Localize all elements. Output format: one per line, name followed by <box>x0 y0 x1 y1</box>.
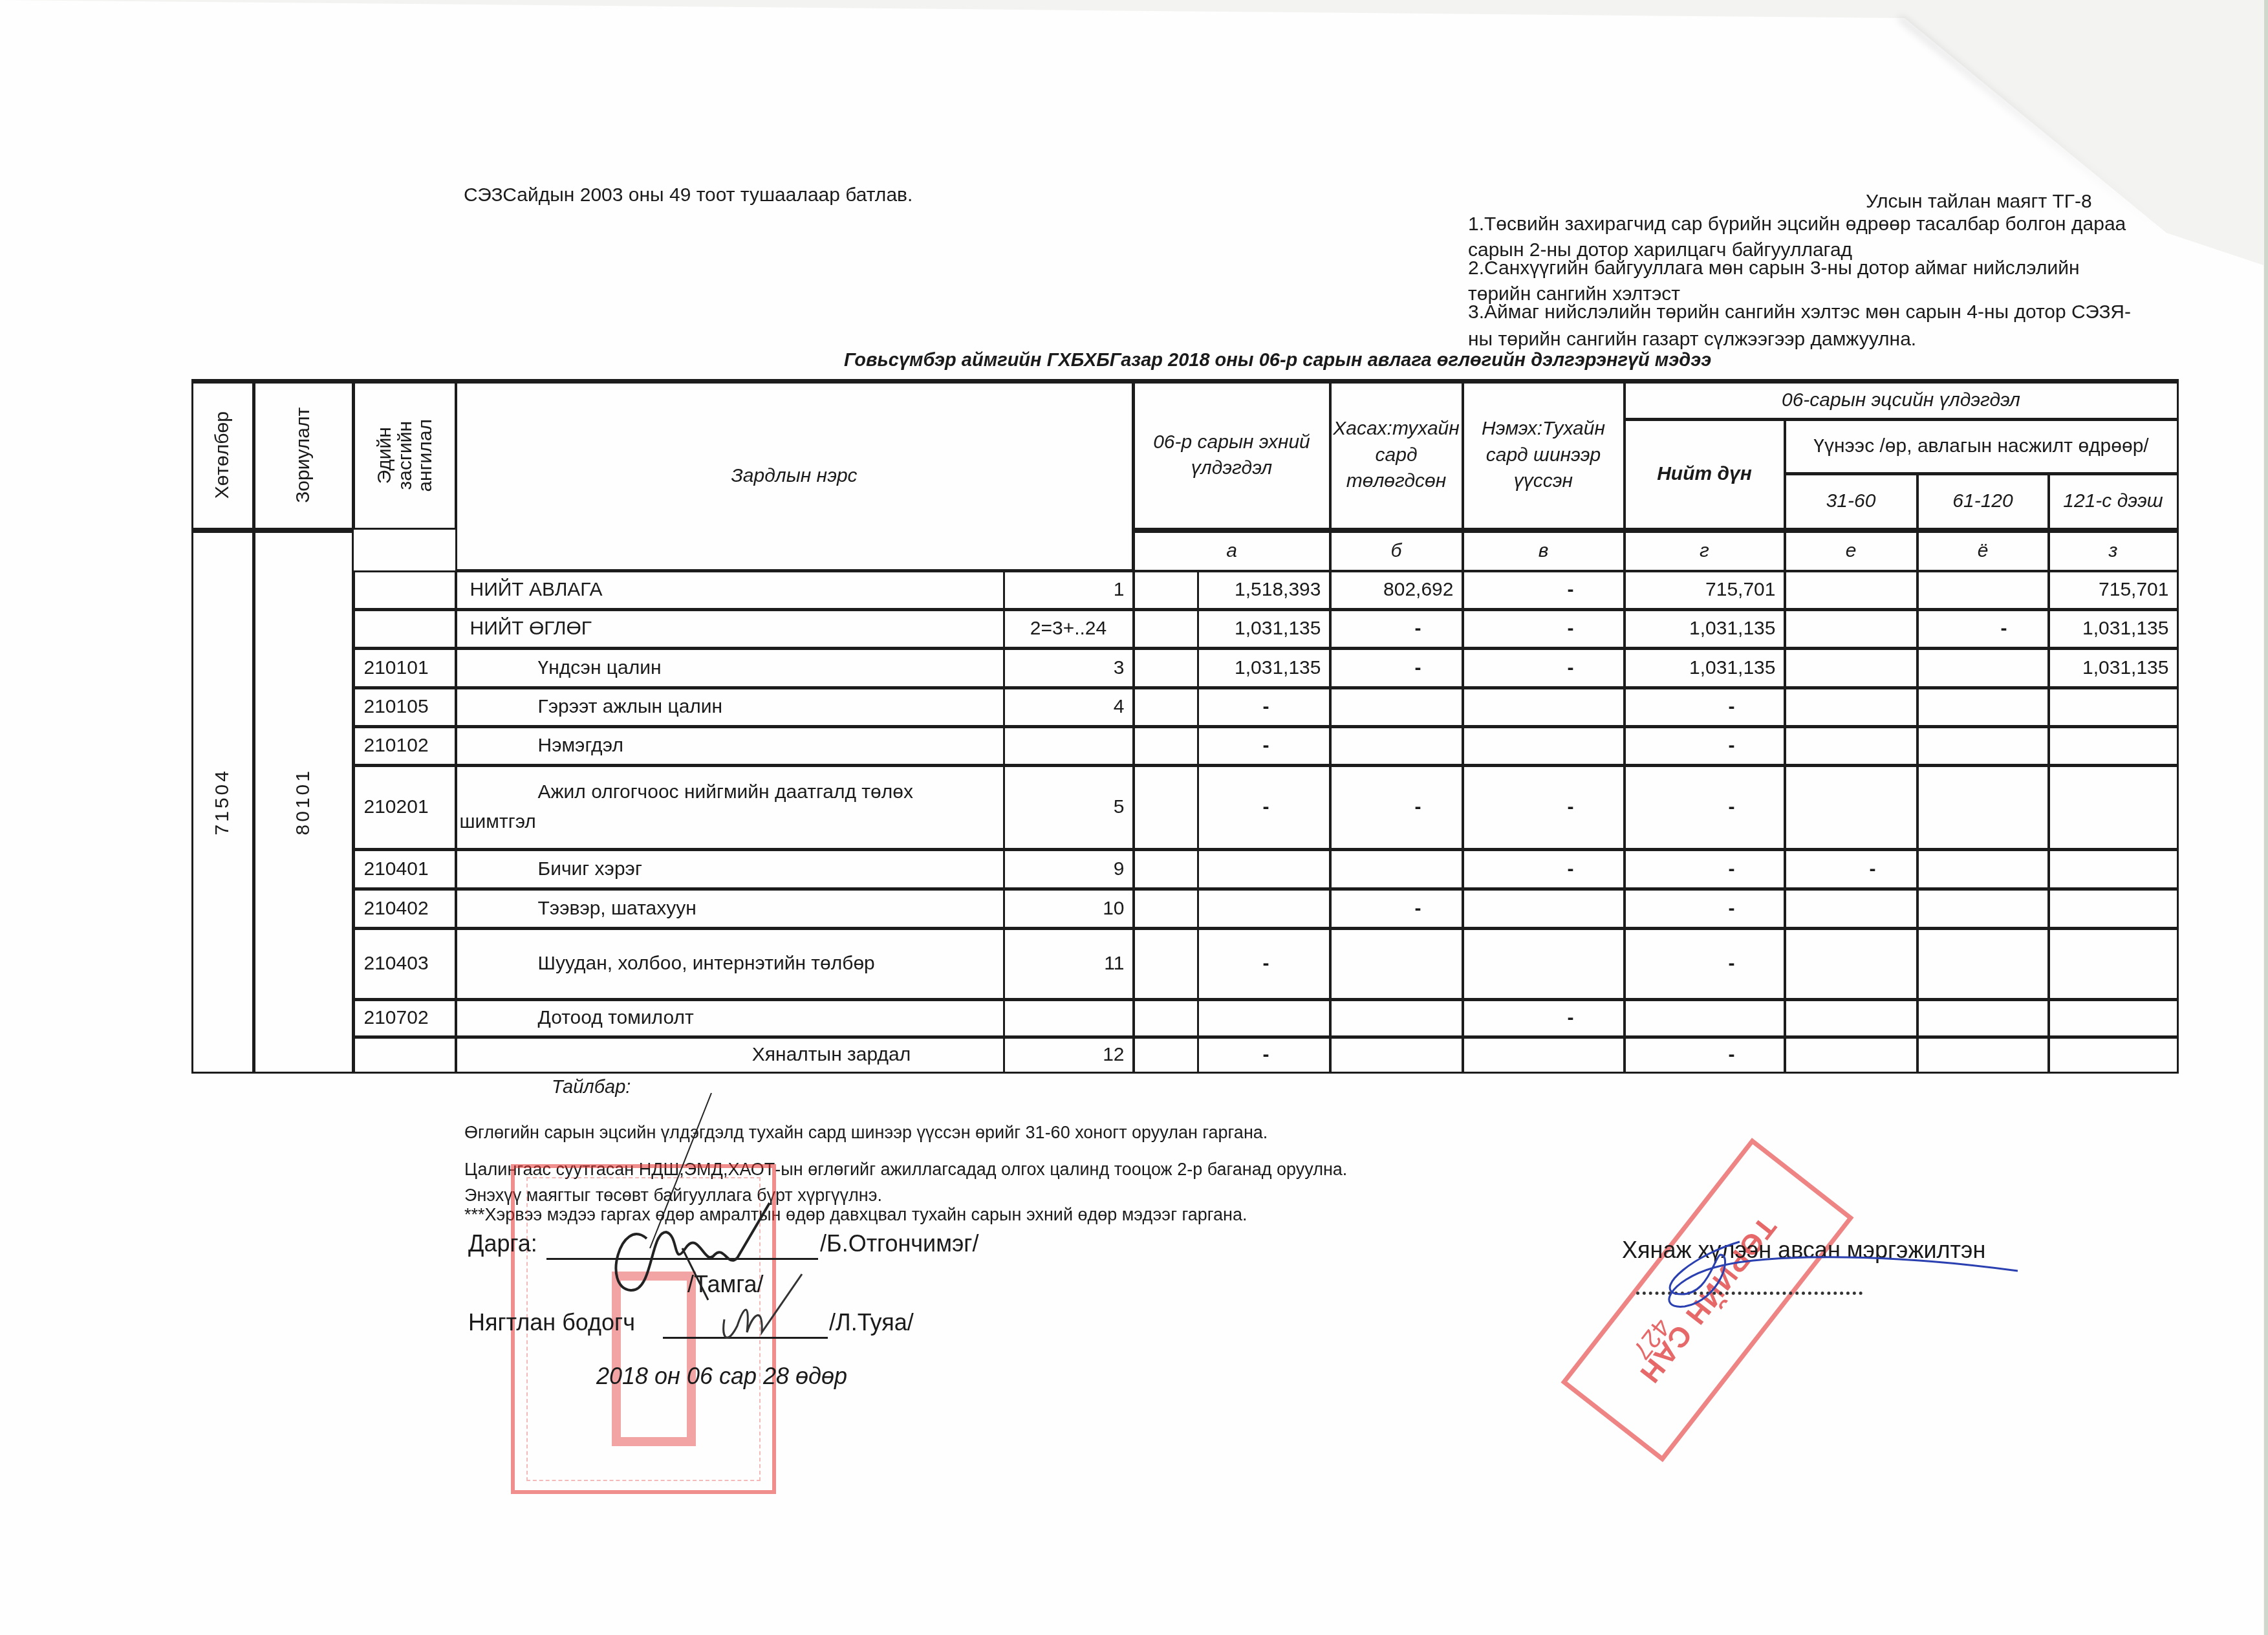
handwritten-signatures <box>0 0 2268 1635</box>
